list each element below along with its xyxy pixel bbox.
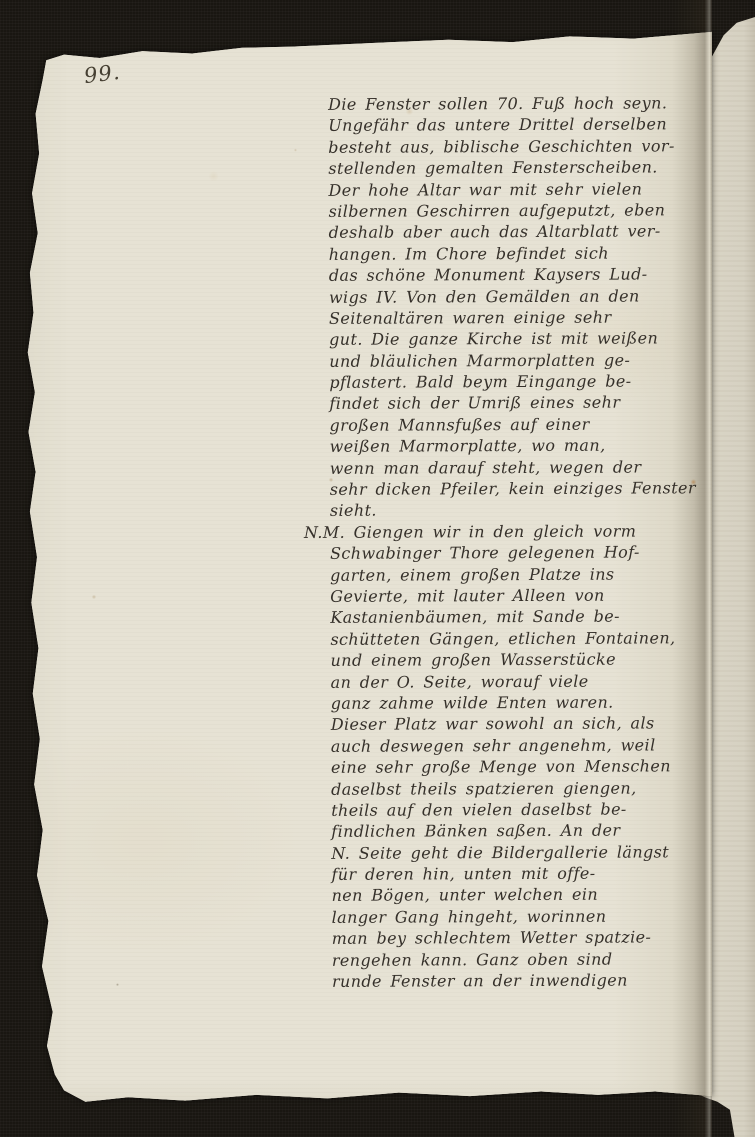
handwritten-line: silbernen Geschirren aufgeputzt, eben <box>329 199 721 222</box>
handwritten-line: sieht. <box>330 499 722 522</box>
handwritten-line: man bey schlechtem Wetter spatzie- <box>332 926 724 949</box>
handwritten-text-block: Die Fenster sollen 70. Fuß hoch seyn.Ung… <box>328 92 724 992</box>
handwritten-line: hangen. Im Chore befindet sich <box>329 242 721 265</box>
handwritten-line: auch deswegen sehr angenehm, weil <box>331 734 723 757</box>
manuscript-page-wrap: 99. Die Fenster sollen 70. Fuß hoch seyn… <box>0 0 712 1137</box>
handwritten-line: runde Fenster an der inwendigen <box>332 969 724 992</box>
handwritten-line: Seitenaltären waren einige sehr <box>329 306 721 329</box>
handwritten-line: sehr dicken Pfeiler, kein einziges Fenst… <box>330 477 722 500</box>
handwritten-line: langer Gang hingeht, worinnen <box>332 905 724 928</box>
handwritten-line: Dieser Platz war sowohl an sich, als <box>331 712 723 735</box>
handwritten-line: N.M. Giengen wir in den gleich vorm <box>304 520 722 543</box>
handwritten-line: ganz zahme wilde Enten waren. <box>331 691 723 714</box>
handwritten-line: das schöne Monument Kaysers Lud- <box>329 263 721 286</box>
handwritten-line: und einem großen Wasserstücke <box>330 648 722 671</box>
handwritten-line: für deren hin, unten mit offe- <box>331 862 723 885</box>
handwritten-line: Schwabinger Thore gelegenen Hof- <box>330 541 722 564</box>
handwritten-line: an der O. Seite, worauf viele <box>331 670 723 693</box>
handwritten-line: stellenden gemalten Fensterscheiben. <box>328 156 720 179</box>
scan-background: 99. Die Fenster sollen 70. Fuß hoch seyn… <box>0 0 755 1137</box>
handwritten-line: Der hohe Altar war mit sehr vielen <box>328 178 720 201</box>
handwritten-line: wigs IV. Von den Gemälden an den <box>329 285 721 308</box>
handwritten-line: Ungefähr das untere Drittel derselben <box>328 114 720 137</box>
handwritten-line: pflastert. Bald beym Eingange be- <box>329 370 721 393</box>
handwritten-line: N. Seite geht die Bildergallerie längst <box>331 841 723 864</box>
handwritten-line: weißen Marmorplatte, wo man, <box>330 434 722 457</box>
handwritten-line: Gevierte, mit lauter Alleen von <box>330 584 722 607</box>
handwritten-line: eine sehr große Menge von Menschen <box>331 755 723 778</box>
page-number: 99. <box>83 60 122 88</box>
handwritten-line: und bläulichen Marmorplatten ge- <box>329 349 721 372</box>
handwritten-line: theils auf den vielen daselbst be- <box>331 798 723 821</box>
handwritten-line: wenn man darauf steht, wegen der <box>330 456 722 479</box>
handwritten-line: Die Fenster sollen 70. Fuß hoch seyn. <box>328 92 720 115</box>
handwritten-line: besteht aus, biblische Geschichten vor- <box>328 135 720 158</box>
handwritten-line: großen Mannsfußes auf einer <box>329 413 721 436</box>
handwritten-line: gut. Die ganze Kirche ist mit weißen <box>329 327 721 350</box>
handwritten-line: rengehen kann. Ganz oben sind <box>332 948 724 971</box>
handwritten-line: findlichen Bänken saßen. An der <box>331 819 723 842</box>
handwritten-line: garten, einem großen Platze ins <box>330 563 722 586</box>
handwritten-line: findet sich der Umriß eines sehr <box>329 392 721 415</box>
handwritten-line: schütteten Gängen, etlichen Fontainen, <box>330 627 722 650</box>
handwritten-line: nen Bögen, unter welchen ein <box>331 884 723 907</box>
handwritten-line: Kastanienbäumen, mit Sande be- <box>330 606 722 629</box>
manuscript-page: 99. Die Fenster sollen 70. Fuß hoch seyn… <box>0 0 712 1137</box>
handwritten-line: daselbst theils spatzieren giengen, <box>331 777 723 800</box>
handwritten-line: deshalb aber auch das Altarblatt ver- <box>329 220 721 243</box>
